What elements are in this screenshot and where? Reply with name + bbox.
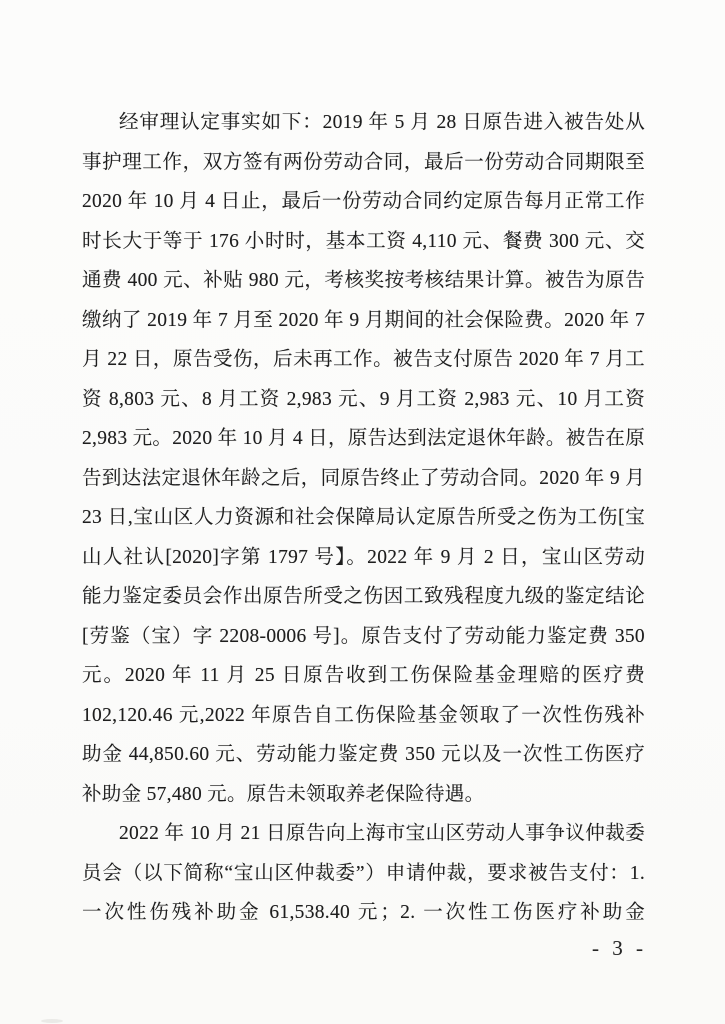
text-line: 助金 44,850.60 元、劳动能力鉴定费 350 元以及一次性工伤医疗 (82, 735, 645, 775)
scan-artifact (41, 1019, 63, 1023)
text-line: 23 日,宝山区人力资源和社会保障局认定原告所受之伤为工伤[宝 (82, 498, 645, 538)
text-line: 时长大于等于 176 小时时，基本工资 4,110 元、餐费 300 元、交 (82, 222, 645, 262)
text-line: 告到达法定退休年龄之后，同原告终止了劳动合同。2020 年 9 月 (82, 459, 645, 499)
text-line: 元。2020 年 11 月 25 日原告收到工伤保险基金理赔的医疗费 (82, 656, 645, 696)
text-line: 通费 400 元、补贴 980 元，考核奖按考核结果计算。被告为原告 (82, 261, 645, 301)
page-number: - 3 - (592, 936, 647, 961)
text-line: 资 8,803 元、8 月工资 2,983 元、9 月工资 2,983 元、10… (82, 380, 645, 420)
text-line: 2022 年 10 月 21 日原告向上海市宝山区劳动人事争议仲裁委 (82, 814, 645, 854)
document-page: 经审理认定事实如下：2019 年 5 月 28 日原告进入被告处从 事护理工作，… (0, 0, 725, 1024)
document-body: 经审理认定事实如下：2019 年 5 月 28 日原告进入被告处从 事护理工作，… (82, 103, 645, 933)
text-line: 员会（以下简称“宝山区仲裁委”）申请仲裁，要求被告支付：1. (82, 854, 645, 894)
text-line: 事护理工作，双方签有两份劳动合同，最后一份劳动合同期限至 (82, 143, 645, 183)
text-line: [劳鉴（宝）字 2208-0006 号]。原告支付了劳动能力鉴定费 350 (82, 617, 645, 657)
text-line: 102,120.46 元,2022 年原告自工伤保险基金领取了一次性伤残补 (82, 696, 645, 736)
text-line: 月 22 日，原告受伤，后未再工作。被告支付原告 2020 年 7 月工 (82, 340, 645, 380)
text-line: 缴纳了 2019 年 7 月至 2020 年 9 月期间的社会保险费。2020 … (82, 301, 645, 341)
text-line: 能力鉴定委员会作出原告所受之伤因工致残程度九级的鉴定结论 (82, 577, 645, 617)
text-line: 2,983 元。2020 年 10 月 4 日，原告达到法定退休年龄。被告在原 (82, 419, 645, 459)
text-line: 2020 年 10 月 4 日止，最后一份劳动合同约定原告每月正常工作 (82, 182, 645, 222)
text-line: 经审理认定事实如下：2019 年 5 月 28 日原告进入被告处从 (82, 103, 645, 143)
text-line: 补助金 57,480 元。原告未领取养老保险待遇。 (82, 775, 645, 815)
text-line: 山人社认[2020]字第 1797 号】。2022 年 9 月 2 日，宝山区劳… (82, 538, 645, 578)
text-line: 一次性伤残补助金 61,538.40 元；2. 一次性工伤医疗补助金 (82, 893, 645, 933)
